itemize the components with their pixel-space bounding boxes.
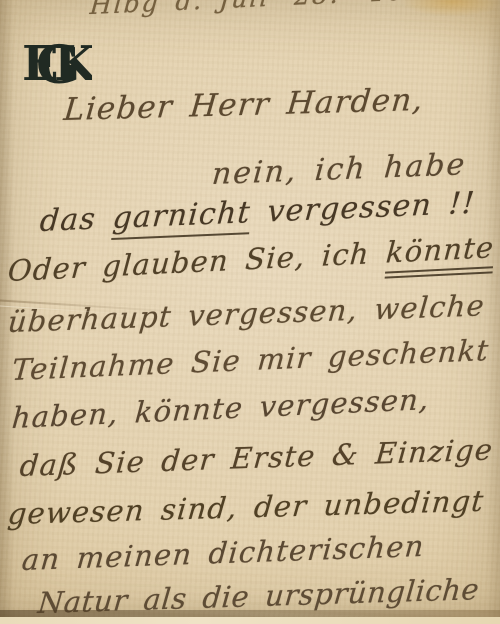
body-line-6: haben, könnte vergessen, [11,382,431,435]
salutation-text: Lieber Herr Harden, [62,82,425,128]
body-line-8: gewesen sind, der unbedingt [6,484,486,531]
line-text: haben, könnte vergessen, [11,382,431,435]
page-number: 10 [369,0,407,7]
line-text: gewesen sind, der unbedingt [6,484,486,531]
line-text: vergessen !! [249,186,476,231]
line-text: überhaupt vergessen, welche [7,288,487,339]
body-line-5: Teilnahme Sie mir geschenkt [11,333,491,387]
paper-bottom-edge-shadow [0,610,500,617]
line-text: Teilnahme Sie mir geschenkt [11,333,491,387]
body-line-3: Oder glauben Sie, ich könnte [7,230,496,288]
double-underlined-word: könnte [384,230,495,279]
monogram-letter-k: K [54,36,92,92]
line-text: daß Sie der Erste & Einzige [19,432,495,483]
underlined-word: garnicht [111,195,252,240]
body-line-4: überhaupt vergessen, welche [7,288,487,339]
body-line-9: an meinen dichterischen [21,529,427,577]
paper-bottom-edge [0,617,500,624]
line-text: Oder glauben Sie, ich [7,235,388,288]
line-text: an meinen dichterischen [21,529,427,577]
salutation-line: Lieber Herr Harden, [62,82,425,128]
date-line: Hlbg d. Juli '28.10 [89,0,407,20]
monogram-egk-stamp-icon: E G K [22,34,92,92]
body-line-2: das garnicht vergessen !! [39,186,477,239]
date-text: Hlbg d. Juli '28. [89,0,341,20]
line-text: nein, ich habe [211,147,468,192]
handwritten-letter-scan: E G K Hlbg d. Juli '28.10 Lieber Herr Ha… [0,0,500,624]
body-line-7: daß Sie der Erste & Einzige [19,432,495,483]
line-text: das [39,201,115,239]
body-line-1: nein, ich habe [211,147,468,192]
